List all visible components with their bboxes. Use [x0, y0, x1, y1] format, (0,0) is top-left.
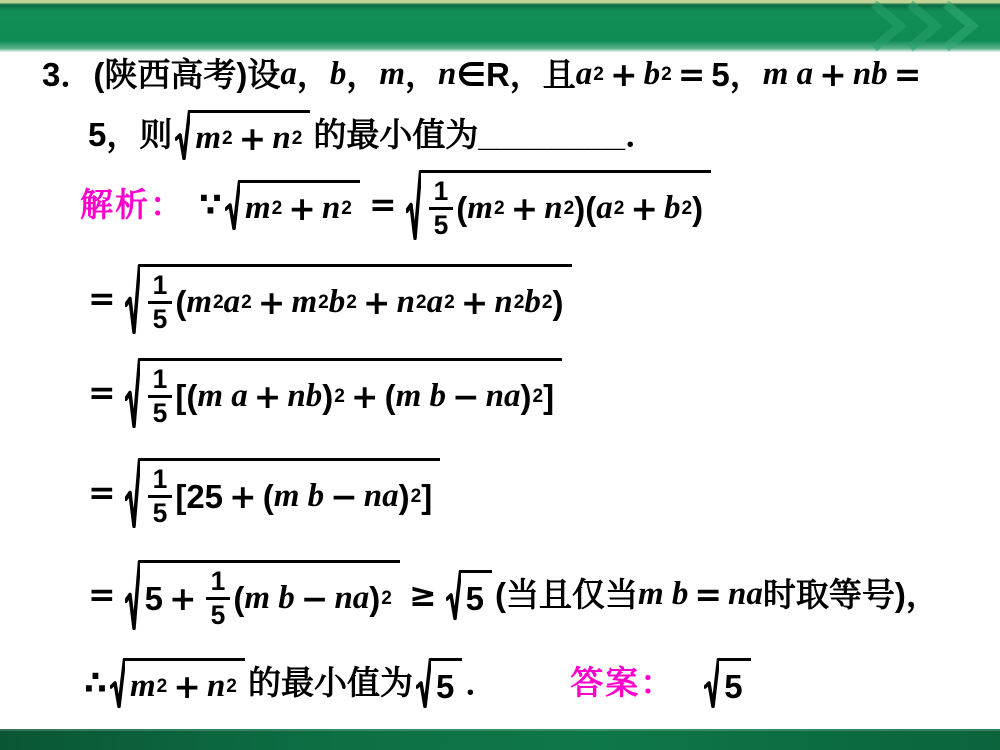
radical-sign-icon — [446, 570, 461, 620]
answer-label: 答案： — [570, 664, 675, 702]
answer-value: 5 — [701, 658, 753, 708]
solution-step-1-formula: ∵m2+n2=15(m2+n2)(a2+b2) — [199, 170, 714, 240]
radical-sign-icon — [416, 658, 431, 708]
radical-sign-icon — [406, 170, 421, 240]
solution-conclusion: ∴m2+n2的最小值为5． 答案： 5 — [84, 658, 754, 708]
radical-sign-icon — [125, 358, 140, 428]
header-bar — [0, 0, 1000, 52]
radical-sign-icon — [110, 658, 125, 708]
solution-step-2: =15(m2a2+m2b2+n2a2+n2b2) — [82, 264, 575, 334]
solution-step-3: =15[(m a+nb)2+(m b−na)2] — [82, 358, 565, 428]
problem-line-2: 5，则m2+n2的最小值为________． — [88, 110, 658, 160]
header-chevrons-icon — [866, 0, 986, 52]
slide: 3．(陕西高考)设a，b，m，n∈R，且a2+b2=5，m a+nb= 5，则m… — [0, 0, 1000, 750]
footer-bar — [0, 729, 1000, 750]
analysis-label: 解析： — [80, 186, 185, 224]
radical-sign-icon — [125, 458, 140, 528]
solution-step-1: 解析： ∵m2+n2=15(m2+n2)(a2+b2) — [80, 170, 714, 240]
solution-step-4: =15[25+(m b−na)2] — [82, 458, 443, 528]
radical-sign-icon — [704, 658, 719, 708]
problem-line-1: 3．(陕西高考)设a，b，m，n∈R，且a2+b2=5，m a+nb= — [42, 56, 927, 94]
conclusion-formula: ∴m2+n2的最小值为5． — [84, 658, 498, 708]
radical-sign-icon — [125, 264, 140, 334]
radical-sign-icon — [175, 110, 190, 160]
solution-step-5: =5+15(m b−na)2≥5(当且仅当m b=na时取等号)， — [82, 560, 939, 630]
radical-sign-icon — [125, 560, 140, 630]
radical-sign-icon — [225, 180, 240, 230]
